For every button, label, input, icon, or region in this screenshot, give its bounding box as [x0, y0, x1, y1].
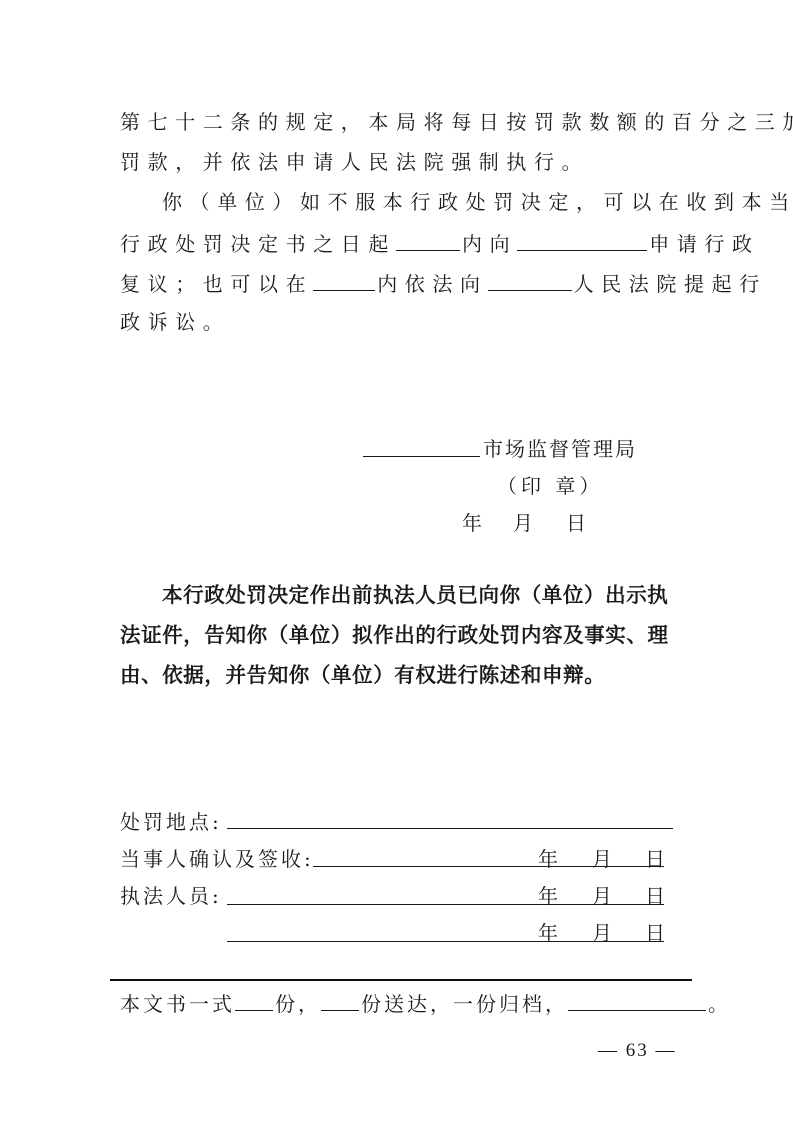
party-label: 当事人确认及签收: — [120, 847, 314, 871]
court-name-blank[interactable] — [488, 270, 572, 291]
day-label: 日 — [645, 847, 665, 871]
copies-line: 本文书一式份，份送达，一份归档，。 — [120, 990, 731, 1016]
paragraph2-line3: 复议；也可以在内依法向人民法院提起行 — [120, 270, 767, 296]
agency-suffix: 市场监督管理局 — [483, 437, 637, 461]
period-blank[interactable] — [396, 230, 460, 251]
year-label: 年 — [538, 847, 558, 871]
paragraph2-line1: 你（单位）如不服本行政处罚决定，可以在收到本当场 — [162, 190, 793, 214]
delivered-copies-blank[interactable] — [321, 990, 359, 1011]
text: 人民法院提起行 — [574, 272, 767, 296]
paragraph1-line1: 第七十二条的规定，本局将每日按罚款数额的百分之三加处 — [120, 110, 793, 134]
month-label: 月 — [513, 511, 533, 535]
day-label: 日 — [645, 921, 665, 945]
text: 内依法向 — [377, 272, 487, 296]
text: 份送达，一份归档， — [361, 992, 568, 1016]
notice-line3: 由、依据，并告知你（单位）有权进行陈述和申辩。 — [120, 663, 605, 687]
notice-line2: 法证件，告知你（单位）拟作出的行政处罚内容及事实、理 — [120, 623, 669, 647]
paragraph2-line4: 政诉讼。 — [120, 310, 230, 334]
seal-label: （印 章） — [497, 474, 603, 498]
archive-blank[interactable] — [568, 990, 706, 1011]
review-agency-blank[interactable] — [517, 230, 647, 251]
year-label: 年 — [538, 884, 558, 908]
agency-name-blank[interactable] — [363, 456, 480, 457]
page-number: — 63 — — [598, 1040, 677, 1062]
year-label: 年 — [462, 511, 482, 535]
day-label: 日 — [645, 884, 665, 908]
litigation-period-blank[interactable] — [313, 270, 375, 291]
text: 行政处罚决定书之日起 — [120, 232, 396, 256]
year-label: 年 — [538, 921, 558, 945]
paragraph1-line2: 罚款，并依法申请人民法院强制执行。 — [120, 150, 589, 174]
month-label: 月 — [592, 847, 612, 871]
text: 申请行政 — [649, 232, 759, 256]
paragraph2-line2: 行政处罚决定书之日起内向申请行政 — [120, 230, 760, 256]
officers-label: 执法人员: — [120, 884, 222, 908]
month-label: 月 — [592, 884, 612, 908]
text: 本文书一式 — [120, 992, 235, 1016]
location-label: 处罚地点: — [120, 810, 222, 834]
total-copies-blank[interactable] — [235, 990, 273, 1011]
location-field[interactable] — [227, 828, 673, 829]
text: 复议；也可以在 — [120, 272, 313, 296]
month-label: 月 — [592, 921, 612, 945]
day-label: 日 — [566, 511, 586, 535]
text: 内向 — [462, 232, 517, 256]
text: 。 — [708, 992, 731, 1016]
text: 份， — [275, 992, 321, 1016]
notice-line1: 本行政处罚决定作出前执法人员已向你（单位）出示执 — [162, 583, 668, 607]
footer-divider — [110, 979, 692, 981]
